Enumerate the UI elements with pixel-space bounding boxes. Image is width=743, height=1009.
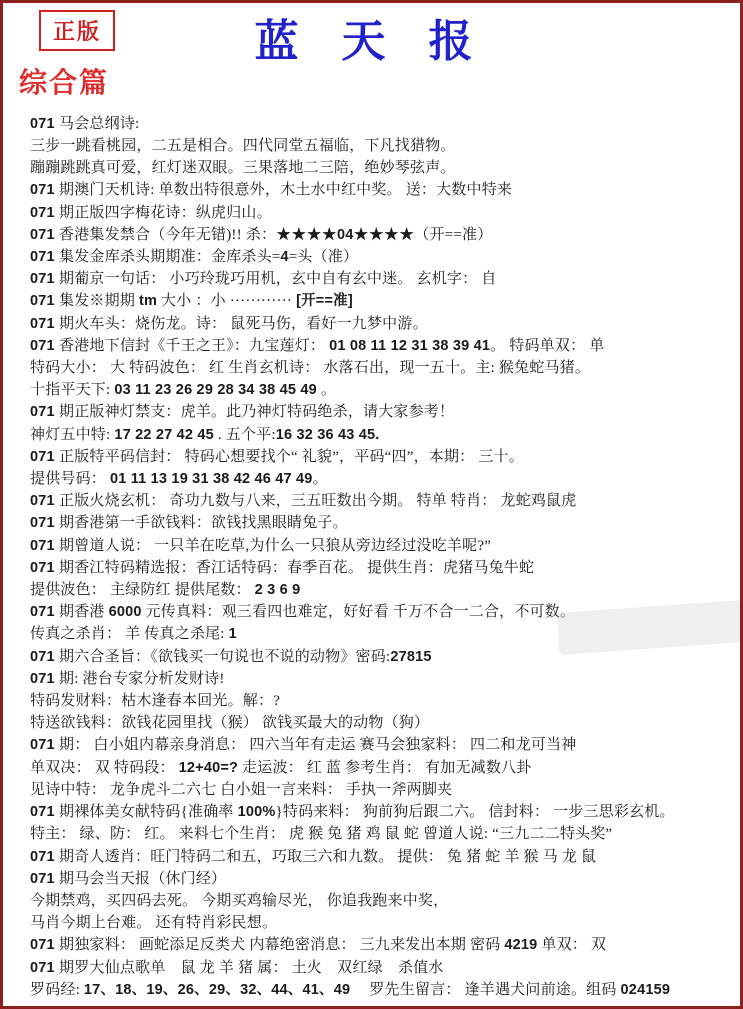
report-line-text-segment: 期香港 (59, 604, 109, 620)
report-line-bold-segment: 071 (30, 649, 59, 665)
report-line: 071 期裸体美女献特码{准确率 100%}特码来料： 狗前狗后跟二六。 信封料… (30, 801, 734, 823)
report-line-text-segment: 正版火烧玄机： 奇功九数与八来，三五旺数出今期。 特单 特肖： 龙蛇鸡鼠虎 (59, 493, 576, 509)
report-line-text-segment: 马会总纲诗: (59, 116, 139, 132)
report-line: 十指平天下: 03 11 23 26 29 28 34 38 45 49 。 (30, 379, 734, 401)
report-line-bold-segment: 071 (30, 937, 59, 953)
report-line-text-segment: 期正版四字梅花诗：纵虎归山。 (59, 205, 272, 221)
report-line-text-segment: ★★★★（开==准） (354, 227, 493, 243)
report-line: 071 期正版四字梅花诗：纵虎归山。 (30, 202, 734, 224)
report-line-bold-segment: 17、18、19、26、29、32、44、41、49 (84, 982, 350, 998)
report-line-text-segment: }特码来料： 狗前狗后跟二六。 信封料： 一步三思彩玄机。 (275, 804, 674, 820)
report-line-text-segment: 。 (313, 471, 328, 487)
report-line: 071 期罗大仙点歌单 鼠 龙 羊 猪 属： 土火 双红绿 杀值水 (30, 957, 734, 979)
report-line-text-segment: 特主： 绿、防： 红。 来料七个生肖： 虎 猴 兔 猪 鸡 鼠 蛇 曾道人说: … (30, 826, 612, 842)
report-line-text-segment: 期六合圣旨：《欲钱买一句说也不说的动物》密码: (59, 649, 390, 665)
report-line: 传真之杀肖： 羊 传真之杀尾: 1 (30, 623, 734, 645)
report-line-bold-segment: 04 (337, 227, 354, 243)
report-line-bold-segment: 071 (30, 604, 59, 620)
report-line-bold-segment: 2 3 6 9 (255, 582, 301, 598)
report-line: 071 正版火烧玄机： 奇功九数与八来，三五旺数出今期。 特单 特肖： 龙蛇鸡鼠… (30, 490, 734, 512)
report-line-text-segment: 大小 ：小 ············ (157, 293, 296, 309)
report-line-bold-segment: 071 (30, 804, 59, 820)
report-line-text-segment: 期火车头：烧伤龙。诗： 鼠死马伤，看好一九梦中游。 (59, 316, 428, 332)
report-line-text-segment: 期： 白小姐内幕亲身消息： 四六当年有走运 赛马会独家料： 四二和龙可当神 (59, 737, 576, 753)
report-line: 071 香港地下信封《千王之王》：九宝莲灯： 01 08 11 12 31 38… (30, 335, 734, 357)
report-line-text-segment: 期澳门天机诗: 单数出特很意外，木土水中红中奖。 送：大数中特来 (59, 182, 512, 198)
report-line-bold-segment: 01 11 13 19 31 38 42 46 47 49 (110, 471, 313, 487)
report-line-text-segment: 走运波： 红 蓝 参考生肖： 有加无减数八卦 (238, 760, 531, 776)
report-line: 071 马会总纲诗: (30, 113, 734, 135)
report-line-bold-segment: tm (139, 293, 157, 309)
report-line-bold-segment: 071 (30, 737, 59, 753)
report-line: 071 期: 港台专家分析发财诗! (30, 668, 734, 690)
report-line-bold-segment: 27815 (390, 649, 431, 665)
report-line-text-segment: 蹦蹦跳跳真可爱，红灯迷双眼。三果落地二三陪，绝妙琴弦声。 (30, 160, 456, 176)
report-line: 见诗中特： 龙争虎斗二六七 白小姐一言来料： 手执一斧两脚夹 (30, 779, 734, 801)
report-line-text-segment: 单双决： 双 特码段： (30, 760, 179, 776)
report-line: 071 集发金库杀头期期准：金库杀头=4=头（准） (30, 246, 734, 268)
report-line-bold-segment: 071 (30, 493, 59, 509)
report-line: 蹦蹦跳跳真可爱，红灯迷双眼。三果落地二三陪，绝妙琴弦声。 (30, 157, 734, 179)
report-line-text-segment: 正版特平码信封： 特码心想要找个“ 礼貌”，平码“四”，本期： 三十。 (59, 449, 524, 465)
report-line: 071 期正版神灯禁支：虎羊。此乃神灯特码绝杀，请大家参考！ (30, 401, 734, 423)
report-line: 提供号码： 01 11 13 19 31 38 42 46 47 49。 (30, 468, 734, 490)
report-line-bold-segment: 1 (229, 626, 237, 642)
report-line: 071 期六合圣旨：《欲钱买一句说也不说的动物》密码:27815 (30, 646, 734, 668)
report-line: 神灯五中特: 17 22 27 42 45 . 五个平:16 32 36 43 … (30, 424, 734, 446)
report-line-bold-segment: 071 (30, 671, 59, 687)
report-line: 071 期香港 6000 元传真料：观三看四也难定，好好看 千万不合一二合，不可… (30, 601, 734, 623)
report-line-bold-segment: 071 (30, 205, 59, 221)
report-line-bold-segment: 071 (30, 316, 59, 332)
report-line-bold-segment: 03 11 23 26 29 28 34 38 45 49 (114, 382, 317, 398)
report-line-text-segment: 罗码经: (30, 982, 84, 998)
report-line-bold-segment: 071 (30, 960, 59, 976)
report-line-text-segment: 集发※期期 (59, 293, 139, 309)
report-line-text-segment: 期奇人透肖：旺门特码二和五，巧取三六和九数。 提供： 兔 猪 蛇 羊 猴 马 龙… (59, 849, 596, 865)
report-line: 今期禁鸡，买四码去死。 今期买鸡输尽光， 你追我跑来中奖， (30, 890, 734, 912)
report-line: 071 香港集发禁合（今年无错)!! 杀：★★★★04★★★★（开==准） (30, 224, 734, 246)
report-line-text-segment: 特送欲钱料：欲钱花园里找（猴） 欲钱买最大的动物（狗） (30, 715, 429, 731)
report-line-text-segment: 三步一跳看桃园，二五是相合。四代同堂五福临，下凡找猎物。 (30, 138, 456, 154)
report-line-bold-segment: 071 (30, 849, 59, 865)
report-line-text-segment: 期: 港台专家分析发财诗! (59, 671, 225, 687)
report-line-bold-segment: 071 (30, 249, 59, 265)
report-line-bold-segment: 4219 (504, 937, 537, 953)
report-line-text-segment: 罗先生留言： 逢羊遇犬问前途。组码 (350, 982, 620, 998)
report-line-bold-segment: 071 (30, 116, 59, 132)
report-line-bold-segment: 071 (30, 227, 59, 243)
report-line-text-segment: 传真之杀肖： 羊 传真之杀尾: (30, 626, 229, 642)
report-line-bold-segment: 071 (30, 449, 59, 465)
report-header: 正版 蓝 天 报 (3, 3, 740, 61)
report-line: 071 期曾道人说： 一只羊在吃草,为什么一只狼从旁边经过没吃羊呢?” (30, 535, 734, 557)
report-line: 071 期火车头：烧伤龙。诗： 鼠死马伤，看好一九梦中游。 (30, 313, 734, 335)
report-line: 071 期马会当天报（休门经） (30, 868, 734, 890)
report-line-bold-segment: 071 (30, 538, 59, 554)
report-line-bold-segment: 4 (281, 249, 289, 265)
report-line-text-segment: 特码大小： 大 特码波色： 红 生肖玄机诗： 水落石出，现一五十。主: 猴兔蛇马… (30, 360, 590, 376)
report-line-text-segment: 单双： 双 (537, 937, 606, 953)
report-line-bold-segment: 071 (30, 404, 59, 420)
report-page: 正版 蓝 天 报 综合篇 071 马会总纲诗:三步一跳看桃园，二五是相合。四代同… (0, 0, 743, 1009)
report-line-text-segment: 十指平天下: (30, 382, 114, 398)
report-line-text-segment: 期独家料： 画蛇添足反类犬 内幕绝密消息： 三九来发出本期 密码 (59, 937, 504, 953)
report-line-text-segment: 提供号码： (30, 471, 110, 487)
report-line-bold-segment: 071 (30, 560, 59, 576)
report-line: 单双决： 双 特码段： 12+40=? 走运波： 红 蓝 参考生肖： 有加无减数… (30, 757, 734, 779)
report-line: 071 期香港第一手欲钱料：欲钱找黑眼睛兔子。 (30, 512, 734, 534)
section-heading: 综合篇 (19, 69, 740, 100)
report-line-text-segment: . 五个平: (214, 427, 276, 443)
report-line-text-segment: 集发金库杀头期期准：金库杀头= (59, 249, 280, 265)
report-line-bold-segment: 024159 (621, 982, 671, 998)
report-line: 071 期独家料： 画蛇添足反类犬 内幕绝密消息： 三九来发出本期 密码 421… (30, 934, 734, 956)
report-line: 特主： 绿、防： 红。 来料七个生肖： 虎 猴 兔 猪 鸡 鼠 蛇 曾道人说: … (30, 823, 734, 845)
report-line-text-segment: 期正版神灯禁支：虎羊。此乃神灯特码绝杀，请大家参考！ (59, 404, 454, 420)
report-line-bold-segment: 17 22 27 42 45 (114, 427, 214, 443)
report-line-text-segment: 特码发财料：枯木逢春本回光。解：? (30, 693, 280, 709)
report-line-text-segment: 。 (317, 382, 336, 398)
report-line: 马肖今期上台难。 还有特肖彩民想。 (30, 912, 734, 934)
report-title: 蓝 天 报 (3, 5, 740, 69)
report-line-text-segment: 期裸体美女献特码{准确率 (59, 804, 238, 820)
report-line-text-segment: 香港地下信封《千王之王》：九宝莲灯： (59, 338, 329, 354)
report-line: 特码大小： 大 特码波色： 红 生肖玄机诗： 水落石出，现一五十。主: 猴兔蛇马… (30, 357, 734, 379)
report-line-bold-segment: 01 08 11 12 31 38 39 41 (329, 338, 490, 354)
report-line-text-segment: 神灯五中特: (30, 427, 114, 443)
report-body: 071 马会总纲诗:三步一跳看桃园，二五是相合。四代同堂五福临，下凡找猎物。蹦蹦… (3, 100, 740, 1001)
report-line-bold-segment: 6000 (109, 604, 142, 620)
report-line-text-segment: 香港集发禁合（今年无错)!! 杀：★★★★ (59, 227, 337, 243)
report-line-bold-segment: 16 32 36 43 45. (276, 427, 380, 443)
report-line-bold-segment: 071 (30, 271, 59, 287)
report-line-bold-segment: 071 (30, 293, 59, 309)
report-line-text-segment: 见诗中特： 龙争虎斗二六七 白小姐一言来料： 手执一斧两脚夹 (30, 782, 452, 798)
report-line-text-segment: 期曾道人说： 一只羊在吃草,为什么一只狼从旁边经过没吃羊呢?” (59, 538, 491, 554)
report-line: 071 期奇人透肖：旺门特码二和五，巧取三六和九数。 提供： 兔 猪 蛇 羊 猴… (30, 846, 734, 868)
report-line-bold-segment: [开==准] (296, 293, 353, 309)
report-line: 071 期澳门天机诗: 单数出特很意外，木土水中红中奖。 送：大数中特来 (30, 179, 734, 201)
report-line-bold-segment: 071 (30, 338, 59, 354)
report-line-bold-segment: 100% (238, 804, 276, 820)
report-line-bold-segment: 071 (30, 515, 59, 531)
report-line: 特送欲钱料：欲钱花园里找（猴） 欲钱买最大的动物（狗） (30, 712, 734, 734)
report-line: 071 期葡京一句话： 小巧玲珑巧用机，玄中自有玄中迷。 玄机字： 自 (30, 268, 734, 290)
report-line-text-segment: 今期禁鸡，买四码去死。 今期买鸡输尽光， 你追我跑来中奖， (30, 893, 448, 909)
report-line: 特码发财料：枯木逢春本回光。解：? (30, 690, 734, 712)
report-line-text-segment: 。 特码单双： 单 (490, 338, 604, 354)
report-line: 三步一跳看桃园，二五是相合。四代同堂五福临，下凡找猎物。 (30, 135, 734, 157)
report-line-text-segment: 提供波色： 主绿防红 提供尾数： (30, 582, 255, 598)
report-line-text-segment: 期葡京一句话： 小巧玲珑巧用机，玄中自有玄中迷。 玄机字： 自 (59, 271, 496, 287)
report-line: 提供波色： 主绿防红 提供尾数： 2 3 6 9 (30, 579, 734, 601)
report-line-bold-segment: 12+40=? (179, 760, 238, 776)
report-line: 071 期： 白小姐内幕亲身消息： 四六当年有走运 赛马会独家料： 四二和龙可当… (30, 734, 734, 756)
report-line: 071 集发※期期 tm 大小 ：小 ············ [开==准] (30, 290, 734, 312)
report-line-bold-segment: 071 (30, 871, 59, 887)
report-line-bold-segment: 071 (30, 182, 59, 198)
report-line: 071 正版特平码信封： 特码心想要找个“ 礼貌”，平码“四”，本期： 三十。 (30, 446, 734, 468)
report-line-text-segment: 期罗大仙点歌单 鼠 龙 羊 猪 属： 土火 双红绿 杀值水 (59, 960, 444, 976)
report-line: 罗码经: 17、18、19、26、29、32、44、41、49 罗先生留言： 逢… (30, 979, 734, 1001)
report-line: 071 期香江特码精选报：香江话特码：春季百花。 提供生肖：虎猪马兔牛蛇 (30, 557, 734, 579)
report-line-text-segment: 期香港第一手欲钱料：欲钱找黑眼睛兔子。 (59, 515, 348, 531)
report-line-text-segment: 马肖今期上台难。 还有特肖彩民想。 (30, 915, 277, 931)
report-line-text-segment: 期马会当天报（休门经） (59, 871, 226, 887)
report-line-text-segment: 期香江特码精选报：香江话特码：春季百花。 提供生肖：虎猪马兔牛蛇 (59, 560, 534, 576)
report-line-text-segment: =头（准） (289, 249, 358, 265)
report-line-text-segment: 元传真料：观三看四也难定，好好看 千万不合一二合，不可数。 (142, 604, 576, 620)
